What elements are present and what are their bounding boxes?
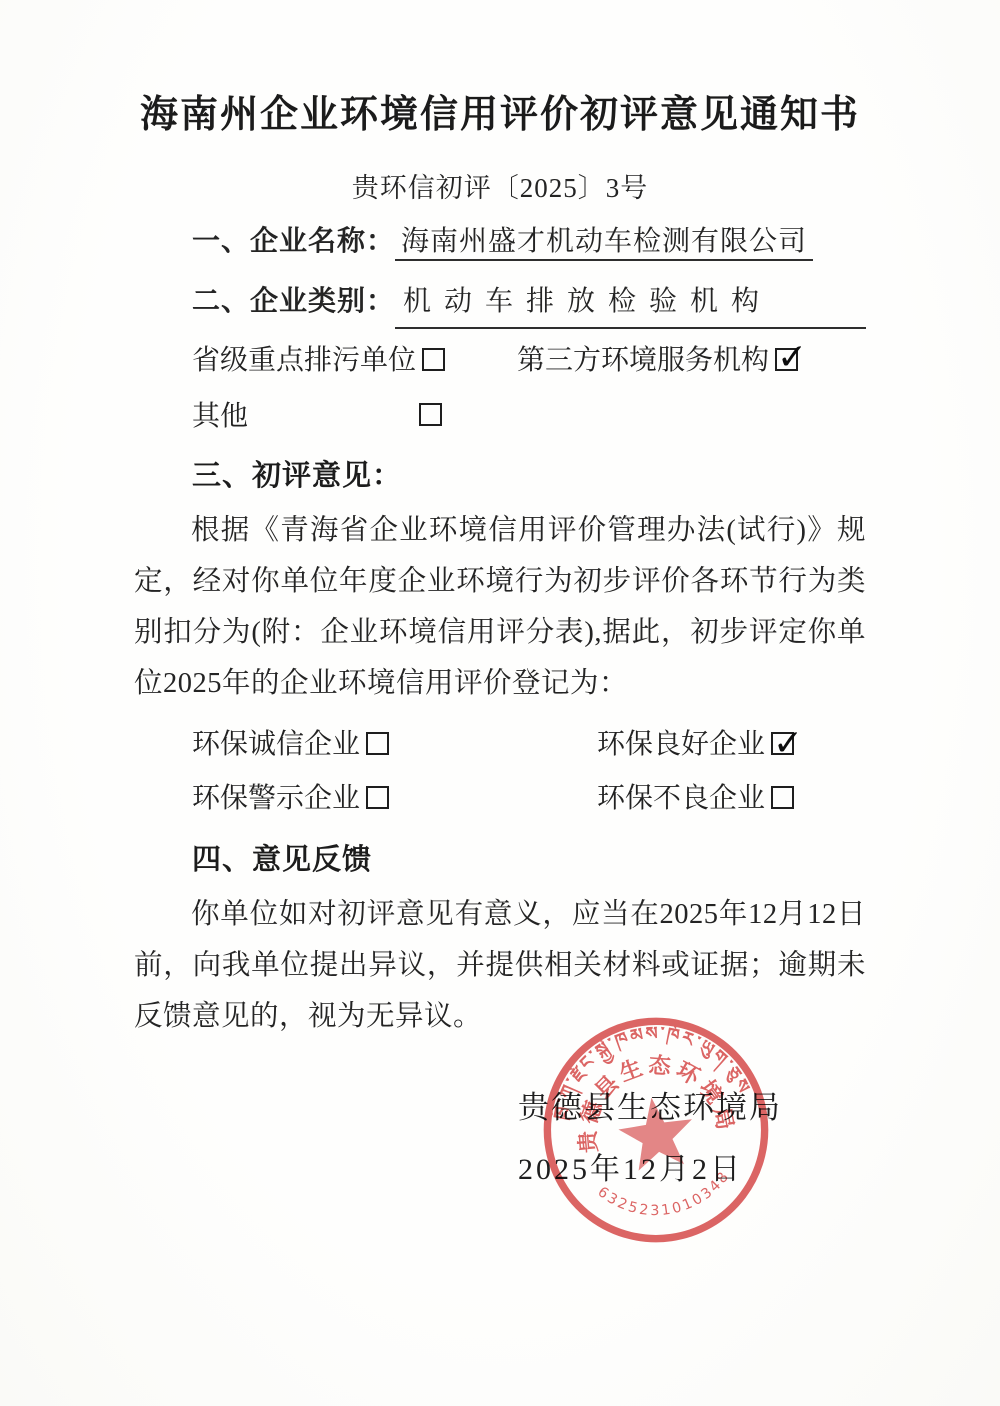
category-third-party-label: 第三方环境服务机构	[517, 345, 769, 376]
enterprise-type-value: 机 动 车 排 放 检 验 机 构	[395, 279, 866, 329]
document-number: 贵环信初评〔2025〕3号	[134, 166, 866, 205]
rating-options-row-1: 环保诚信企业 环保良好企业	[134, 721, 866, 769]
category-options-row: 省级重点排污单位 第三方环境服务机构	[134, 339, 866, 383]
enterprise-name-label: 一、企业名称：	[192, 226, 395, 257]
document-title: 海南州企业环境信用评价初评意见通知书	[134, 88, 866, 142]
rating-jingshi-label: 环保警示企业	[192, 783, 360, 814]
category-third-party-option: 第三方环境服务机构	[517, 339, 798, 383]
rating-buliang-option: 环保不良企业	[597, 775, 794, 823]
checkbox-icon	[366, 786, 389, 809]
enterprise-name-row: 一、企业名称：海南州盛才机动车检测有限公司	[134, 219, 866, 265]
opinion-heading: 三、初评意见：	[134, 453, 866, 499]
document-content: 海南州企业环境信用评价初评意见通知书 贵环信初评〔2025〕3号 一、企业名称：…	[0, 88, 1000, 1042]
rating-chengxin-label: 环保诚信企业	[192, 729, 360, 760]
checkbox-checked-icon	[771, 732, 794, 755]
checkbox-icon	[366, 732, 389, 755]
category-other-label: 其他	[192, 401, 248, 432]
checkbox-icon	[419, 403, 442, 426]
rating-buliang-label: 环保不良企业	[597, 783, 765, 814]
enterprise-type-row: 二、企业类别：机 动 车 排 放 检 验 机 构	[134, 279, 866, 329]
enterprise-name-value: 海南州盛才机动车检测有限公司	[395, 226, 813, 261]
checkbox-checked-icon	[775, 348, 798, 371]
rating-options-row-2: 环保警示企业 环保不良企业	[134, 775, 866, 823]
category-provincial-option: 省级重点排污单位	[192, 345, 445, 376]
seal-star-icon	[615, 1092, 698, 1172]
category-other-row: 其他	[134, 395, 866, 439]
feedback-heading: 四、意见反馈	[134, 837, 866, 883]
category-provincial-label: 省级重点排污单位	[192, 345, 416, 376]
checkbox-icon	[422, 348, 445, 371]
rating-chengxin-option: 环保诚信企业	[192, 729, 389, 760]
checkbox-icon	[771, 786, 794, 809]
rating-lianghao-label: 环保良好企业	[597, 729, 765, 760]
rating-jingshi-option: 环保警示企业	[192, 783, 389, 814]
enterprise-type-label: 二、企业类别：	[192, 279, 395, 329]
rating-lianghao-option: 环保良好企业	[597, 721, 794, 769]
scanned-document-page: 海南州企业环境信用评价初评意见通知书 贵环信初评〔2025〕3号 一、企业名称：…	[0, 0, 1000, 1406]
official-seal-stamp: ཁྲི་ཀ་རྫོང་སྐྱེ་ཁམས་ཁོར་ཡུག་ཅུས 贵德县生态环境局…	[525, 999, 787, 1261]
opinion-paragraph: 根据《青海省企业环境信用评价管理办法(试行)》规定，经对你单位年度企业环境行为初…	[134, 505, 866, 709]
